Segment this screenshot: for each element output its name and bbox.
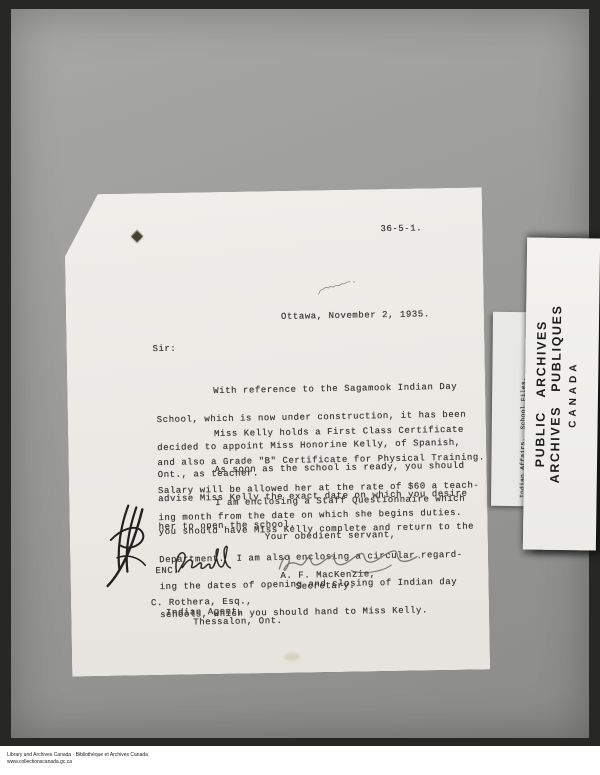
- archives-card-line-3: CANADA: [562, 238, 583, 550]
- scan-mat: 36-5-1. Ottawa, November 2, 1935. Sir: W…: [11, 9, 589, 738]
- footer-url: www.collectionscanada.gc.ca: [7, 759, 148, 766]
- paper-smudge: [284, 653, 300, 661]
- body-line: As soon as the school is ready, you shou…: [158, 462, 484, 477]
- body-line: Miss Kelly holds a First Class Certifica…: [157, 426, 483, 441]
- archives-card: PUBLIC ARCHIVES ARCHIVES PUBLIQUES CANAD…: [523, 238, 600, 551]
- date-line: Ottawa, November 2, 1935.: [281, 310, 430, 322]
- recipient-address: C. Rothera, Esq., Indian Agent, Thessalo…: [64, 187, 482, 194]
- russell-handwriting-scrawl: [170, 538, 235, 579]
- footer-credit: Library and Archives Canada · Bibliothèq…: [7, 752, 148, 759]
- signer-title: Secretary.: [296, 582, 356, 592]
- scan-frame: 36-5-1. Ottawa, November 2, 1935. Sir: W…: [0, 0, 600, 746]
- file-number: 36-5-1.: [380, 224, 422, 234]
- punch-hole: [131, 230, 144, 243]
- pencil-annotation-icon: [314, 274, 358, 297]
- signer-name: A. F. MacKenzie,: [280, 570, 375, 581]
- letter-paper: 36-5-1. Ottawa, November 2, 1935. Sir: W…: [64, 187, 490, 676]
- body-line: With reference to the Sagamook Indian Da…: [156, 383, 482, 398]
- salutation: Sir:: [152, 345, 176, 355]
- body-line: I am enclosing a Staff Questionnaire whi…: [158, 495, 484, 510]
- ink-scrawl: [98, 499, 158, 592]
- address-line: Thessalon, Ont.: [193, 617, 282, 628]
- footer-strip: Library and Archives Canada · Bibliothèq…: [0, 746, 600, 775]
